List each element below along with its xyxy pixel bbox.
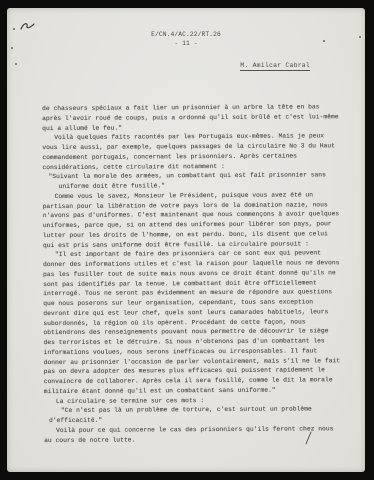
document-quote: "Suivant la morale des armées, un combat… xyxy=(42,170,342,191)
scanned-document-screen: E/CN.4/AC.22/RT.26 - 11 - M. Amilcar Cab… xyxy=(0,0,374,480)
document-body: de chasseurs spéciaux a fait lier un pri… xyxy=(42,102,344,445)
document-page: E/CN.4/AC.22/RT.26 - 11 - M. Amilcar Cab… xyxy=(7,8,365,472)
document-quote: "Ce n'est pas là un problème de torture,… xyxy=(49,404,344,425)
page-number: - 11 - xyxy=(7,39,365,48)
document-paragraph: Voilà quelques faits racontés par les Po… xyxy=(42,131,342,172)
speaker-row: M. Amilcar Cabral xyxy=(7,62,365,71)
speaker-name: M. Amilcar Cabral xyxy=(240,62,310,71)
paper-speck xyxy=(323,40,325,42)
document-symbol: E/CN.4/AC.22/RT.26 xyxy=(7,30,365,39)
document-quote: "Il est important de faire des prisonnie… xyxy=(43,248,344,396)
paper-speck xyxy=(359,36,361,38)
paper-speck xyxy=(13,28,15,30)
document-paragraph: Voilà pour ce qui concerne le cas des pr… xyxy=(44,424,344,445)
document-paragraph: Comme vous le savez, Monsieur le Préside… xyxy=(43,190,343,250)
document-paragraph: de chasseurs spéciaux a fait lier un pri… xyxy=(42,102,342,133)
paper-speck xyxy=(11,47,13,49)
document-header: E/CN.4/AC.22/RT.26 - 11 - xyxy=(7,8,365,48)
paper-speck xyxy=(15,63,17,65)
